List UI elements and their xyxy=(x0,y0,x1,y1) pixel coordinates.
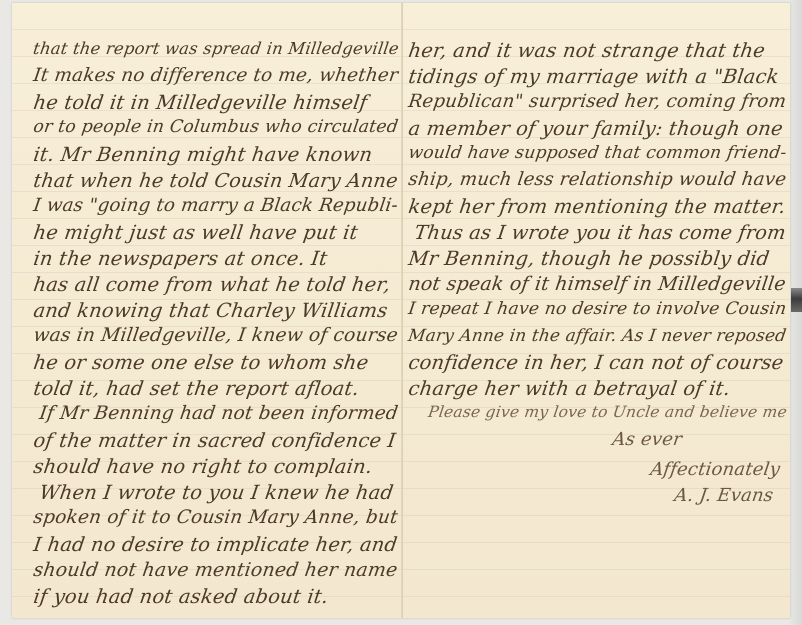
text-line: kept her from mentioning the matter. xyxy=(407,195,787,218)
text-line: I was "going to marry a Black Republi- xyxy=(32,195,399,216)
text-line: has all come from what he told her, xyxy=(32,273,392,296)
text-line: he told it in Milledgeville himself xyxy=(32,91,369,114)
text-line: if you had not asked about it. xyxy=(32,585,330,608)
text-line: If Mr Benning had not been informed xyxy=(38,403,399,424)
text-line: Mary Anne in the affair. As I never repo… xyxy=(407,325,788,345)
letter-sheet: that the report was spread in Milledgevi… xyxy=(12,3,790,618)
text-line: and knowing that Charley Williams xyxy=(32,299,389,322)
right-page: her, and it was not strange that the tid… xyxy=(403,3,790,618)
text-line: it. Mr Benning might have known xyxy=(32,143,374,166)
complimentary-close: Affectionately xyxy=(649,459,781,480)
text-line: confidence in her, I can not of course xyxy=(407,351,785,374)
text-line: tidings of my marriage with a "Black xyxy=(407,65,780,88)
text-line: a member of your family: though one xyxy=(407,117,784,140)
text-line: Republican" surprised her, coming from xyxy=(407,91,788,112)
text-line: would have supposed that common friend- xyxy=(407,143,788,163)
text-line: should not have mentioned her name xyxy=(32,559,399,581)
text-line: I had no desire to implicate her, and xyxy=(32,533,399,556)
text-line: ship, much less relationship would have xyxy=(407,169,788,190)
text-line: Thus as I wrote you it has come from xyxy=(413,221,787,244)
signature: A. J. Evans xyxy=(673,485,775,506)
text-line: he or some one else to whom she xyxy=(32,351,370,374)
text-line: charge her with a betrayal of it. xyxy=(407,377,732,400)
text-line: of the matter in sacred confidence I xyxy=(32,429,397,452)
text-line: told it, had set the report afloat. xyxy=(32,377,361,400)
text-line: her, and it was not strange that the xyxy=(407,39,767,62)
text-line: I repeat I have no desire to involve Cou… xyxy=(407,299,788,319)
scanner-edge-band xyxy=(791,288,802,312)
text-line: should have no right to complain. xyxy=(32,455,374,478)
text-line: Please give my love to Uncle and believe… xyxy=(427,403,788,421)
text-line: was in Milledgeville, I knew of course xyxy=(32,325,399,346)
text-line: or to people in Columbus who circulated xyxy=(32,117,399,137)
text-line: It makes no difference to me, whether xyxy=(32,65,399,86)
text-line: in the newspapers at once. It xyxy=(32,247,329,270)
text-line: Mr Benning, though he possibly did xyxy=(407,247,771,270)
scan-backdrop xyxy=(790,0,802,625)
text-line: he might just as well have put it xyxy=(32,221,359,244)
text-line: When I wrote to you I knew he had xyxy=(38,481,395,504)
text-line: not speak of it himself in Milledgeville xyxy=(407,273,787,295)
text-line: that when he told Cousin Mary Anne xyxy=(32,169,399,192)
text-line: spoken of it to Cousin Mary Anne, but xyxy=(32,507,399,528)
text-line: that the report was spread in Milledgevi… xyxy=(32,39,400,58)
valediction: As ever xyxy=(611,429,683,450)
left-page: that the report was spread in Milledgevi… xyxy=(12,3,402,618)
